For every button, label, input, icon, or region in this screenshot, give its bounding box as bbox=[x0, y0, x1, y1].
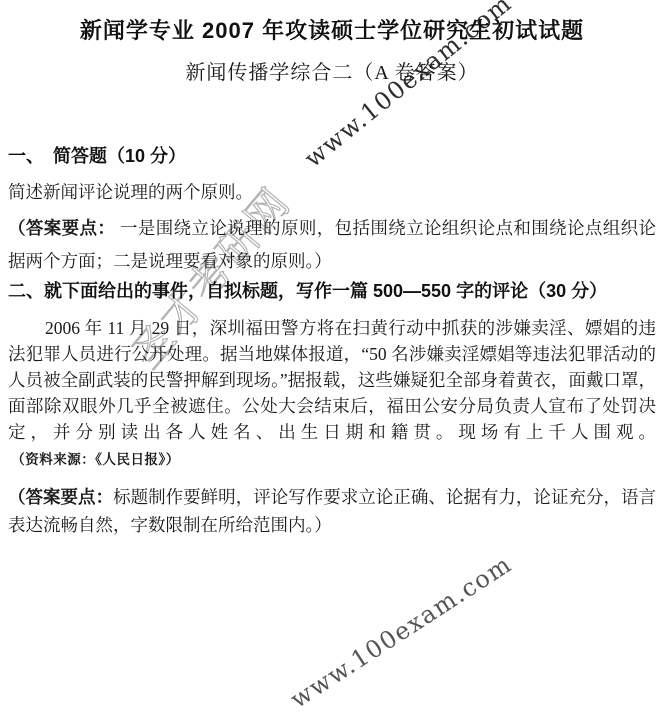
answer-points-label: （答案要点： bbox=[8, 487, 113, 507]
exam-paper-page: 圣才考研网 www.100exam.com www.100exam.com 新闻… bbox=[0, 0, 665, 719]
section2-heading: 二、就下面给出的事件，自拟标题，写作一篇 500—550 字的评论（30 分） bbox=[8, 279, 656, 303]
exam-title: 新闻学专业 2007 年攻读硕士学位研究生初试试题 bbox=[8, 18, 656, 44]
answer-points-label: （答案要点： bbox=[8, 218, 115, 238]
section2-passage: 2006 年 11 月 29 日，深圳福田警方将在扫黄行动中抓获的涉嫌卖淫、嫖娼… bbox=[8, 315, 656, 473]
exam-subtitle: 新闻传播学综合二（A 卷答案） bbox=[8, 60, 656, 86]
section2-answer: （答案要点：标题制作要鲜明，评论写作要求立论正确、论据有力，论证充分，语言表达流… bbox=[8, 483, 656, 539]
website-watermark-bottom: www.100exam.com bbox=[285, 550, 516, 714]
passage-text: 2006 年 11 月 29 日，深圳福田警方将在扫黄行动中抓获的涉嫌卖淫、嫖娼… bbox=[8, 318, 656, 442]
section1-question: 简述新闻评论说理的两个原则。 bbox=[8, 180, 656, 204]
document-content: 新闻学专业 2007 年攻读硕士学位研究生初试试题 新闻传播学综合二（A 卷答案… bbox=[0, 18, 665, 539]
source-citation: （资料来源：《人民日报》） bbox=[18, 452, 180, 467]
section1-answer: （答案要点： 一是围绕立论说理的原则，包括围绕立论组织论点和围绕论点组织论据两个… bbox=[8, 212, 656, 278]
section1-heading: 一、 简答题（10 分） bbox=[8, 144, 656, 168]
